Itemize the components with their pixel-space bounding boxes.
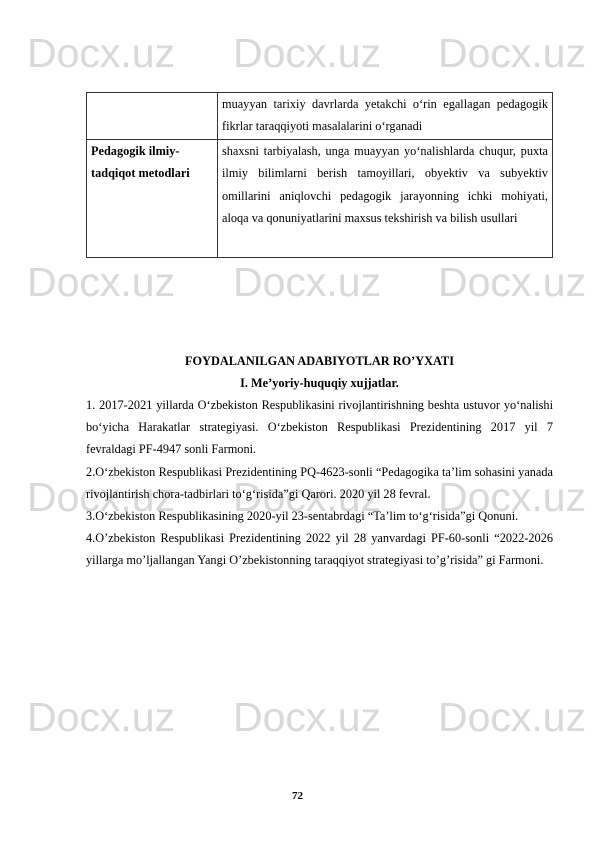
references-title: FOYDALANILGAN ADABIYOTLAR RO’YXATI — [86, 350, 553, 372]
watermark-text: Docx.uz — [27, 33, 175, 74]
references-list: 1. 2017-2021 yillarda O‘zbekiston Respub… — [86, 394, 553, 572]
watermark-text: Docx.uz — [438, 262, 586, 303]
watermark-text: Docx.uz — [438, 697, 586, 738]
watermark-text: Docx.uz — [438, 33, 586, 74]
definition-cell: muayyan tarixiy davrlarda yetakchi o‘rin… — [218, 93, 553, 140]
page-number: 72 — [0, 790, 595, 802]
reference-item: 1. 2017-2021 yillarda O‘zbekiston Respub… — [86, 394, 553, 461]
table-row: Pedagogik ilmiy- tadqiqot metodlari shax… — [87, 140, 553, 258]
table-row: muayyan tarixiy davrlarda yetakchi o‘rin… — [87, 93, 553, 140]
watermark-text: Docx.uz — [233, 697, 381, 738]
reference-item: 2.O‘zbekiston Respublikasi Prezidentinin… — [86, 461, 553, 505]
term-cell — [87, 93, 218, 140]
definition-cell: shaxsni tarbiyalash, unga muayyan yo‘nal… — [218, 140, 553, 258]
watermark-text: Docx.uz — [233, 262, 381, 303]
reference-item: 4.O’zbekiston Respublikasi Prezidentinin… — [86, 527, 553, 571]
watermark-text: Docx.uz — [233, 33, 381, 74]
term-line: Pedagogik ilmiy- — [91, 140, 213, 162]
reference-item: 3.O‘zbekiston Respublikasining 2020-yil … — [86, 505, 553, 527]
term-cell: Pedagogik ilmiy- tadqiqot metodlari — [87, 140, 218, 258]
section-title: I. Me’yoriy-huquqiy xujjatlar. — [86, 372, 553, 394]
watermark-text: Docx.uz — [27, 697, 175, 738]
watermark-text: Docx.uz — [27, 262, 175, 303]
terms-table: muayyan tarixiy davrlarda yetakchi o‘rin… — [86, 92, 553, 258]
term-line: tadqiqot metodlari — [91, 162, 213, 184]
